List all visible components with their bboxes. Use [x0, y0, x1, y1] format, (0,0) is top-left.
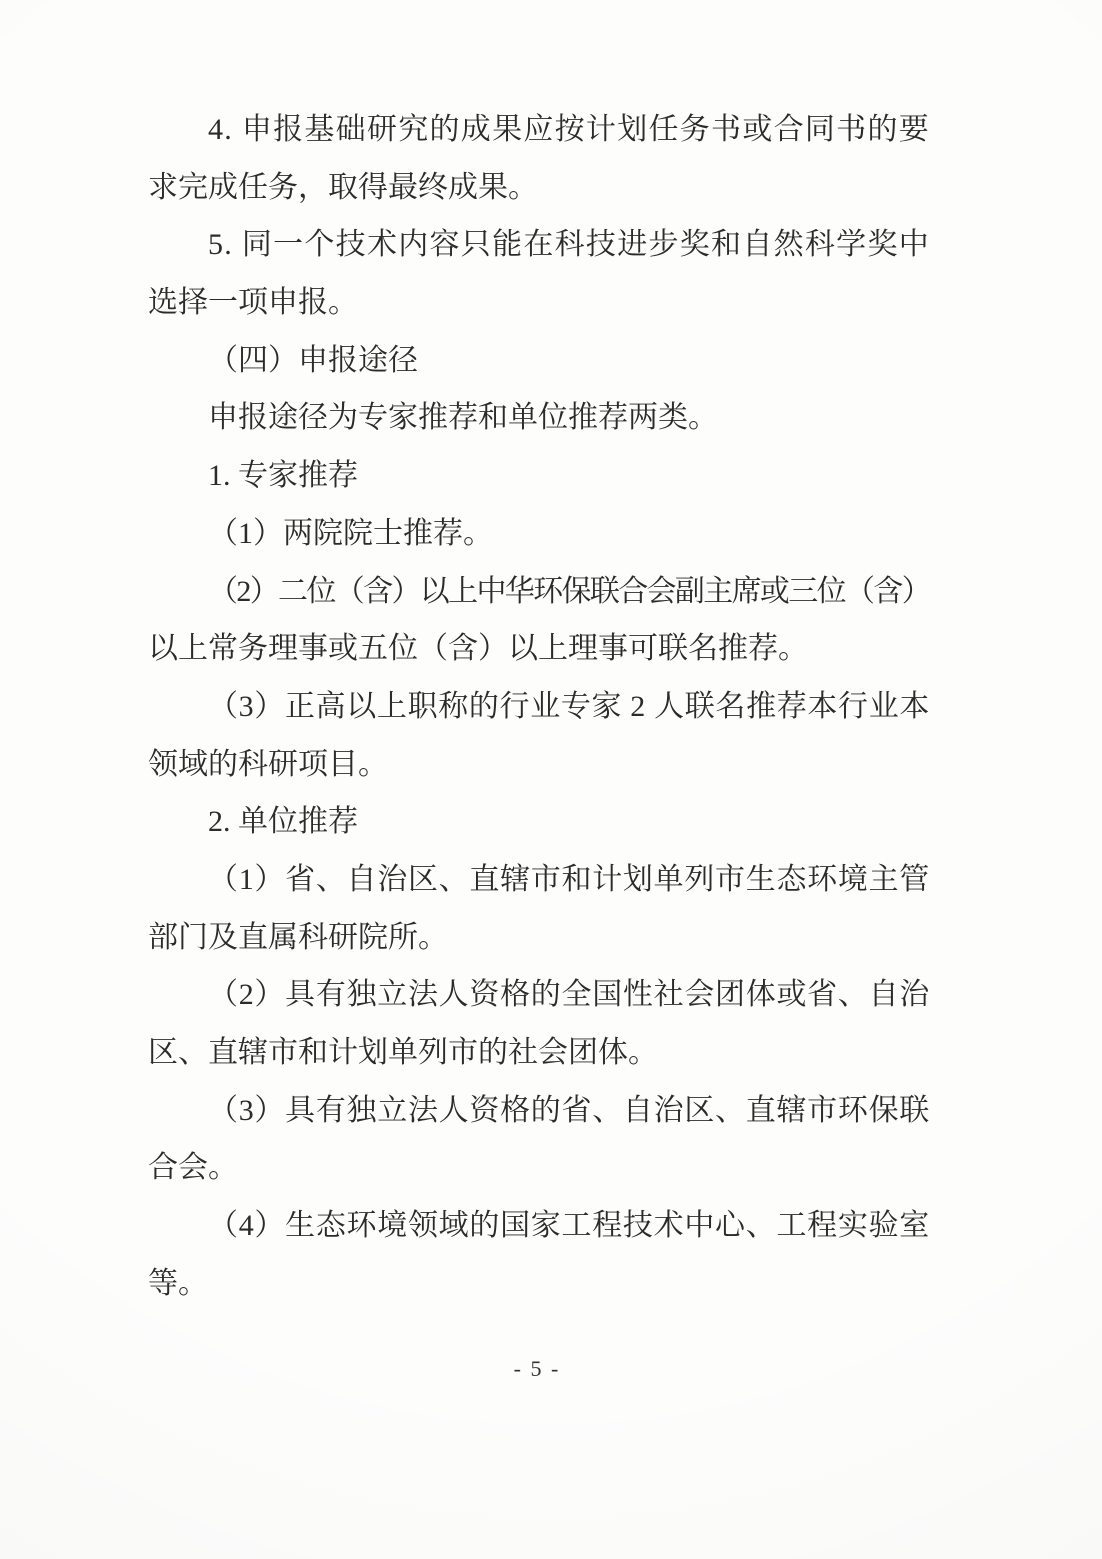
text-line: 以上常务理事或五位（含）以上理事可联名推荐。 — [148, 620, 930, 678]
text-line: （3）具有独立法人资格的省、自治区、直辖市环保联 — [148, 1082, 930, 1140]
text-line: 合会。 — [148, 1139, 930, 1197]
paragraph: 申报途径为专家推荐和单位推荐两类。 — [148, 389, 930, 447]
text-line-content: （4）生态环境领域的国家工程技术中心、工程实验室 — [208, 1197, 930, 1255]
text-line-content: （1）省、自治区、直辖市和计划单列市生态环境主管 — [208, 851, 930, 909]
text-line-content: 2. 单位推荐 — [208, 793, 358, 851]
text-line: 5. 同一个技术内容只能在科技进步奖和自然科学奖中 — [148, 216, 930, 274]
text-line: 4. 申报基础研究的成果应按计划任务书或合同书的要 — [148, 101, 930, 159]
paragraph: 5. 同一个技术内容只能在科技进步奖和自然科学奖中选择一项申报。 — [148, 216, 930, 331]
text-line: （2）具有独立法人资格的全国性社会团体或省、自治 — [148, 966, 930, 1024]
text-line-content: 领域的科研项目。 — [148, 736, 388, 794]
text-line-content: （3）正高以上职称的行业专家 2 人联名推荐本行业本 — [208, 678, 930, 736]
text-line-content: 4. 申报基础研究的成果应按计划任务书或合同书的要 — [208, 101, 930, 159]
text-line: （3）正高以上职称的行业专家 2 人联名推荐本行业本 — [148, 678, 930, 736]
page-number: - 5 - — [0, 1354, 1074, 1384]
paragraph: （4）生态环境领域的国家工程技术中心、工程实验室等。 — [148, 1197, 930, 1312]
paragraph: （1）省、自治区、直辖市和计划单列市生态环境主管部门及直属科研院所。 — [148, 851, 930, 966]
text-line-content: （1）两院院士推荐。 — [208, 505, 493, 563]
text-line: 等。 — [148, 1255, 930, 1313]
text-line-content: （四）申报途径 — [208, 332, 418, 390]
text-line: 求完成任务，取得最终成果。 — [148, 159, 930, 217]
document-page: 4. 申报基础研究的成果应按计划任务书或合同书的要求完成任务，取得最终成果。5.… — [0, 0, 1102, 1559]
text-line: （1）两院院士推荐。 — [148, 505, 930, 563]
text-line-content: 部门及直属科研院所。 — [148, 909, 448, 967]
paragraph: 1. 专家推荐 — [148, 447, 930, 505]
paragraph: （2）二位（含）以上中华环保联合会副主席或三位（含）以上常务理事或五位（含）以上… — [148, 563, 930, 678]
text-line: 选择一项申报。 — [148, 274, 930, 332]
text-line-content: 区、直辖市和计划单列市的社会团体。 — [148, 1024, 658, 1082]
text-line-content: （3）具有独立法人资格的省、自治区、直辖市环保联 — [208, 1082, 930, 1140]
text-line-content: （2）二位（含）以上中华环保联合会副主席或三位（含） — [208, 563, 930, 621]
document-body: 4. 申报基础研究的成果应按计划任务书或合同书的要求完成任务，取得最终成果。5.… — [148, 101, 930, 1312]
text-line-content: 1. 专家推荐 — [208, 447, 358, 505]
text-line-content: 求完成任务，取得最终成果。 — [148, 159, 538, 217]
text-line: （2）二位（含）以上中华环保联合会副主席或三位（含） — [148, 563, 930, 621]
text-line: 申报途径为专家推荐和单位推荐两类。 — [148, 389, 930, 447]
text-line: （4）生态环境领域的国家工程技术中心、工程实验室 — [148, 1197, 930, 1255]
text-line-content: 5. 同一个技术内容只能在科技进步奖和自然科学奖中 — [208, 216, 930, 274]
paragraph: （3）正高以上职称的行业专家 2 人联名推荐本行业本领域的科研项目。 — [148, 678, 930, 793]
paragraph: （2）具有独立法人资格的全国性社会团体或省、自治区、直辖市和计划单列市的社会团体… — [148, 966, 930, 1081]
text-line: （四）申报途径 — [148, 332, 930, 390]
paragraph: 4. 申报基础研究的成果应按计划任务书或合同书的要求完成任务，取得最终成果。 — [148, 101, 930, 216]
text-line-content: 等。 — [148, 1255, 208, 1313]
paragraph: （1）两院院士推荐。 — [148, 505, 930, 563]
text-line: 1. 专家推荐 — [148, 447, 930, 505]
text-line: 部门及直属科研院所。 — [148, 909, 930, 967]
text-line-content: 合会。 — [148, 1139, 238, 1197]
text-line: 2. 单位推荐 — [148, 793, 930, 851]
text-line: 领域的科研项目。 — [148, 736, 930, 794]
paragraph: 2. 单位推荐 — [148, 793, 930, 851]
text-line-content: （2）具有独立法人资格的全国性社会团体或省、自治 — [208, 966, 930, 1024]
text-line-content: 以上常务理事或五位（含）以上理事可联名推荐。 — [148, 620, 808, 678]
text-line: （1）省、自治区、直辖市和计划单列市生态环境主管 — [148, 851, 930, 909]
text-line-content: 选择一项申报。 — [148, 274, 358, 332]
text-line: 区、直辖市和计划单列市的社会团体。 — [148, 1024, 930, 1082]
paragraph: （四）申报途径 — [148, 332, 930, 390]
text-line-content: 申报途径为专家推荐和单位推荐两类。 — [208, 389, 718, 447]
paragraph: （3）具有独立法人资格的省、自治区、直辖市环保联合会。 — [148, 1082, 930, 1197]
